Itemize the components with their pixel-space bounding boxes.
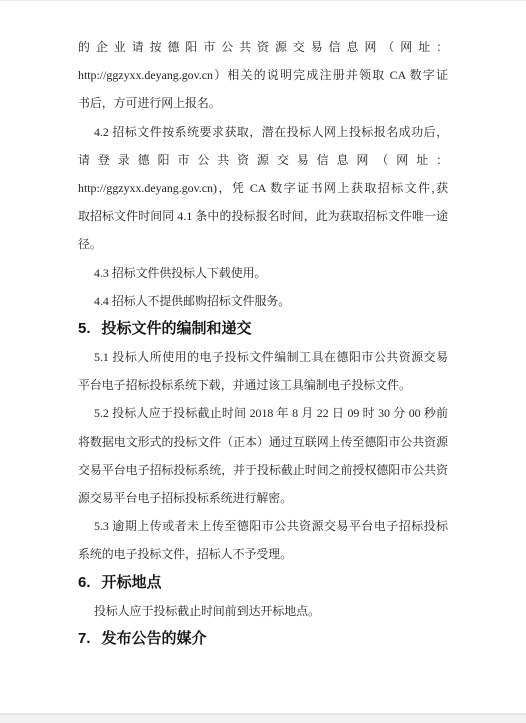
text-line: 系统的电子投标文件，招标人不予受理。: [78, 540, 448, 568]
text-line: 交易平台电子招标投标系统，并于投标截止时间之前授权德阳市公共资: [78, 456, 448, 484]
text-line: 径。: [78, 230, 448, 258]
page-bottom-gap: [0, 713, 526, 723]
text-line: 请登录德阳市公共资源交易信息网（网址：: [78, 146, 448, 174]
text-line: 5.2 投标人应于投标截止时间 2018 年 8 月 22 日 09 时 30 …: [78, 399, 448, 427]
text-line: 4.4 招标人不提供邮购招标文件服务。: [78, 287, 448, 315]
text-line: 4.2 招标文件按系统要求获取，潜在投标人网上投标报名成功后，: [78, 118, 448, 146]
text-line: 取招标文件时间同 4.1 条中的投标报名时间，此为获取招标文件唯一途: [78, 202, 448, 230]
section-heading: 7.发布公告的媒介: [78, 625, 448, 653]
heading-number: 7.: [78, 630, 91, 647]
section-heading: 5.投标文件的编制和递交: [78, 315, 448, 343]
text-line: 5.3 逾期上传或者未上传至德阳市公共资源交易平台电子招标投标: [78, 512, 448, 540]
heading-number: 6.: [78, 574, 91, 591]
text-line: 将数据电文形式的投标文件（正本）通过互联网上传至德阳市公共资源: [78, 428, 448, 456]
heading-title: 开标地点: [102, 574, 162, 591]
text-line: 4.3 招标文件供投标人下载使用。: [78, 259, 448, 287]
heading-title: 发布公告的媒介: [102, 630, 207, 647]
text-line: http://ggzyxx.deyang.gov.cn）相关的说明完成注册并领取…: [78, 61, 448, 89]
heading-title: 投标文件的编制和递交: [102, 320, 252, 337]
document-page: 的企业请按德阳市公共资源交易信息网（网址：http://ggzyxx.deyan…: [0, 0, 526, 723]
heading-number: 5.: [78, 320, 91, 337]
text-line: 投标人应于投标截止时间前到达开标地点。: [78, 597, 448, 625]
text-line: http://ggzyxx.deyang.gov.cn)，凭 CA 数字证书网上…: [78, 174, 448, 202]
text-line: 源交易平台电子招标投标系统进行解密。: [78, 484, 448, 512]
section-heading: 6.开标地点: [78, 569, 448, 597]
text-content: 的企业请按德阳市公共资源交易信息网（网址：http://ggzyxx.deyan…: [78, 33, 448, 653]
text-line: 书后，方可进行网上报名。: [78, 89, 448, 117]
text-line: 平台电子招标投标系统下载，并通过该工具编制电子投标文件。: [78, 371, 448, 399]
text-line: 的企业请按德阳市公共资源交易信息网（网址：: [78, 33, 448, 61]
text-line: 5.1 投标人所使用的电子投标文件编制工具在德阳市公共资源交易: [78, 343, 448, 371]
